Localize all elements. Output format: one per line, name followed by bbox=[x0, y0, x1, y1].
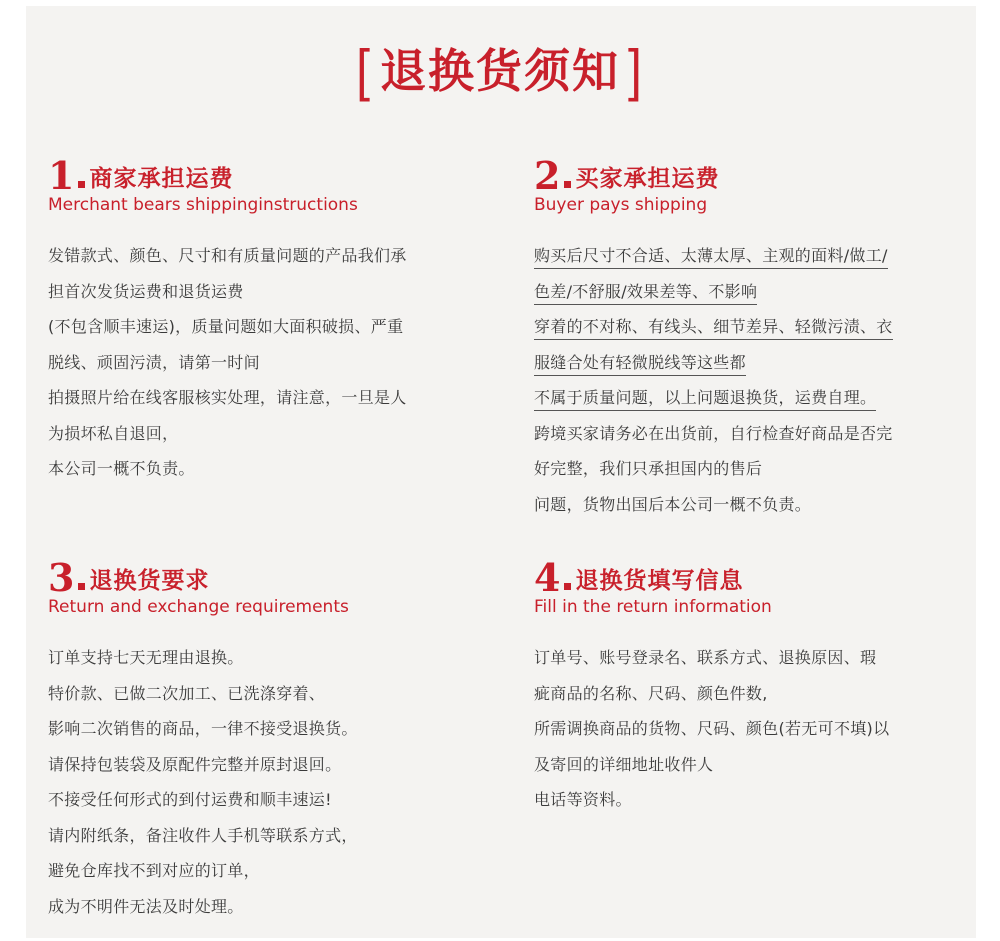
body-line: 订单号、账号登录名、联系方式、退换原因、瑕 bbox=[534, 640, 974, 676]
section-subtitle: Merchant bears shippinginstructions bbox=[48, 194, 488, 216]
section-buyer-pays: 2 买家承担运费 Buyer pays shipping 购买后尺寸不合适、太薄… bbox=[534, 158, 974, 522]
underlined-text: 色差/不舒服/效果差等、不影响 bbox=[534, 282, 757, 305]
body-line: 特价款、已做二次加工、已洗涤穿着、 bbox=[48, 676, 488, 712]
section-body: 订单支持七天无理由退换。 特价款、已做二次加工、已洗涤穿着、 影响二次销售的商品… bbox=[48, 640, 488, 924]
underlined-line: 色差/不舒服/效果差等、不影响 bbox=[534, 274, 974, 310]
body-line: 影响二次销售的商品，一律不接受退换货。 bbox=[48, 711, 488, 747]
section-dot bbox=[564, 181, 571, 188]
body-line: 避免仓库找不到对应的订单， bbox=[48, 853, 488, 889]
body-line: 所需调换商品的货物、尺码、颜色(若无可不填)以 bbox=[534, 711, 974, 747]
body-line: 为损坏私自退回， bbox=[48, 416, 488, 452]
body-line: 请内附纸条，备注收件人手机等联系方式， bbox=[48, 818, 488, 854]
body-line: (不包含顺丰速运)，质量问题如大面积破损、严重 bbox=[48, 309, 488, 345]
section-number: 2 bbox=[534, 158, 560, 194]
body-line: 请保持包装袋及原配件完整并原封退回。 bbox=[48, 747, 488, 783]
body-line: 好完整，我们只承担国内的售后 bbox=[534, 451, 974, 487]
section-title: 退换货填写信息 bbox=[575, 566, 743, 596]
underlined-text: 购买后尺寸不合适、太薄太厚、主观的面料/做工/ bbox=[534, 246, 888, 269]
section-heading: 1 商家承担运费 bbox=[48, 158, 488, 194]
body-line: 问题，货物出国后本公司一概不负责。 bbox=[534, 487, 974, 523]
underlined-text: 服缝合处有轻微脱线等这些都 bbox=[534, 353, 746, 376]
underlined-text: 穿着的不对称、有线头、细节差异、轻微污渍、衣 bbox=[534, 317, 893, 340]
section-title: 商家承担运费 bbox=[89, 164, 233, 194]
section-subtitle: Fill in the return information bbox=[534, 596, 974, 618]
section-merchant-pays: 1 商家承担运费 Merchant bears shippinginstruct… bbox=[48, 158, 488, 487]
body-line: 电话等资料。 bbox=[534, 782, 974, 818]
section-number: 1 bbox=[48, 158, 74, 194]
body-line: 本公司一概不负责。 bbox=[48, 451, 488, 487]
section-number: 4 bbox=[534, 560, 560, 596]
section-heading: 4 退换货填写信息 bbox=[534, 560, 974, 596]
body-line: 不接受任何形式的到付运费和顺丰速运! bbox=[48, 782, 488, 818]
body-line: 跨境买家请务必在出货前，自行检查好商品是否完 bbox=[534, 416, 974, 452]
section-return-requirements: 3 退换货要求 Return and exchange requirements… bbox=[48, 560, 488, 924]
body-line: 成为不明件无法及时处理。 bbox=[48, 889, 488, 925]
section-body: 订单号、账号登录名、联系方式、退换原因、瑕 疵商品的名称、尺码、颜色件数, 所需… bbox=[534, 640, 974, 818]
section-dot bbox=[564, 583, 571, 590]
title-right-bracket: ] bbox=[628, 36, 644, 105]
underlined-text: 不属于质量问题，以上问题退换货，运费自理。 bbox=[534, 388, 876, 411]
section-return-information: 4 退换货填写信息 Fill in the return information… bbox=[534, 560, 974, 818]
body-line: 订单支持七天无理由退换。 bbox=[48, 640, 488, 676]
body-line: 脱线、顽固污渍，请第一时间 bbox=[48, 345, 488, 381]
body-line: 发错款式、颜色、尺寸和有质量问题的产品我们承 bbox=[48, 238, 488, 274]
page-title: [退换货须知] bbox=[0, 40, 1000, 101]
underlined-line: 穿着的不对称、有线头、细节差异、轻微污渍、衣 bbox=[534, 309, 974, 345]
section-heading: 2 买家承担运费 bbox=[534, 158, 974, 194]
section-title: 退换货要求 bbox=[89, 566, 209, 596]
underlined-line: 购买后尺寸不合适、太薄太厚、主观的面料/做工/ bbox=[534, 238, 974, 274]
section-body: 发错款式、颜色、尺寸和有质量问题的产品我们承 担首次发货运费和退货运费 (不包含… bbox=[48, 238, 488, 487]
body-line: 担首次发货运费和退货运费 bbox=[48, 274, 488, 310]
section-dot bbox=[78, 583, 85, 590]
section-subtitle: Return and exchange requirements bbox=[48, 596, 488, 618]
section-body: 购买后尺寸不合适、太薄太厚、主观的面料/做工/ 色差/不舒服/效果差等、不影响 … bbox=[534, 238, 974, 522]
section-subtitle: Buyer pays shipping bbox=[534, 194, 974, 216]
underlined-line: 不属于质量问题，以上问题退换货，运费自理。 bbox=[534, 380, 974, 416]
section-heading: 3 退换货要求 bbox=[48, 560, 488, 596]
section-title: 买家承担运费 bbox=[575, 164, 719, 194]
section-number: 3 bbox=[48, 560, 74, 596]
body-line: 疵商品的名称、尺码、颜色件数, bbox=[534, 676, 974, 712]
section-dot bbox=[78, 181, 85, 188]
underlined-line: 服缝合处有轻微脱线等这些都 bbox=[534, 345, 974, 381]
page-title-text: 退换货须知 bbox=[380, 44, 620, 98]
title-left-bracket: [ bbox=[356, 36, 372, 105]
body-line: 及寄回的详细地址收件人 bbox=[534, 747, 974, 783]
body-line: 拍摄照片给在线客服核实处理，请注意，一旦是人 bbox=[48, 380, 488, 416]
